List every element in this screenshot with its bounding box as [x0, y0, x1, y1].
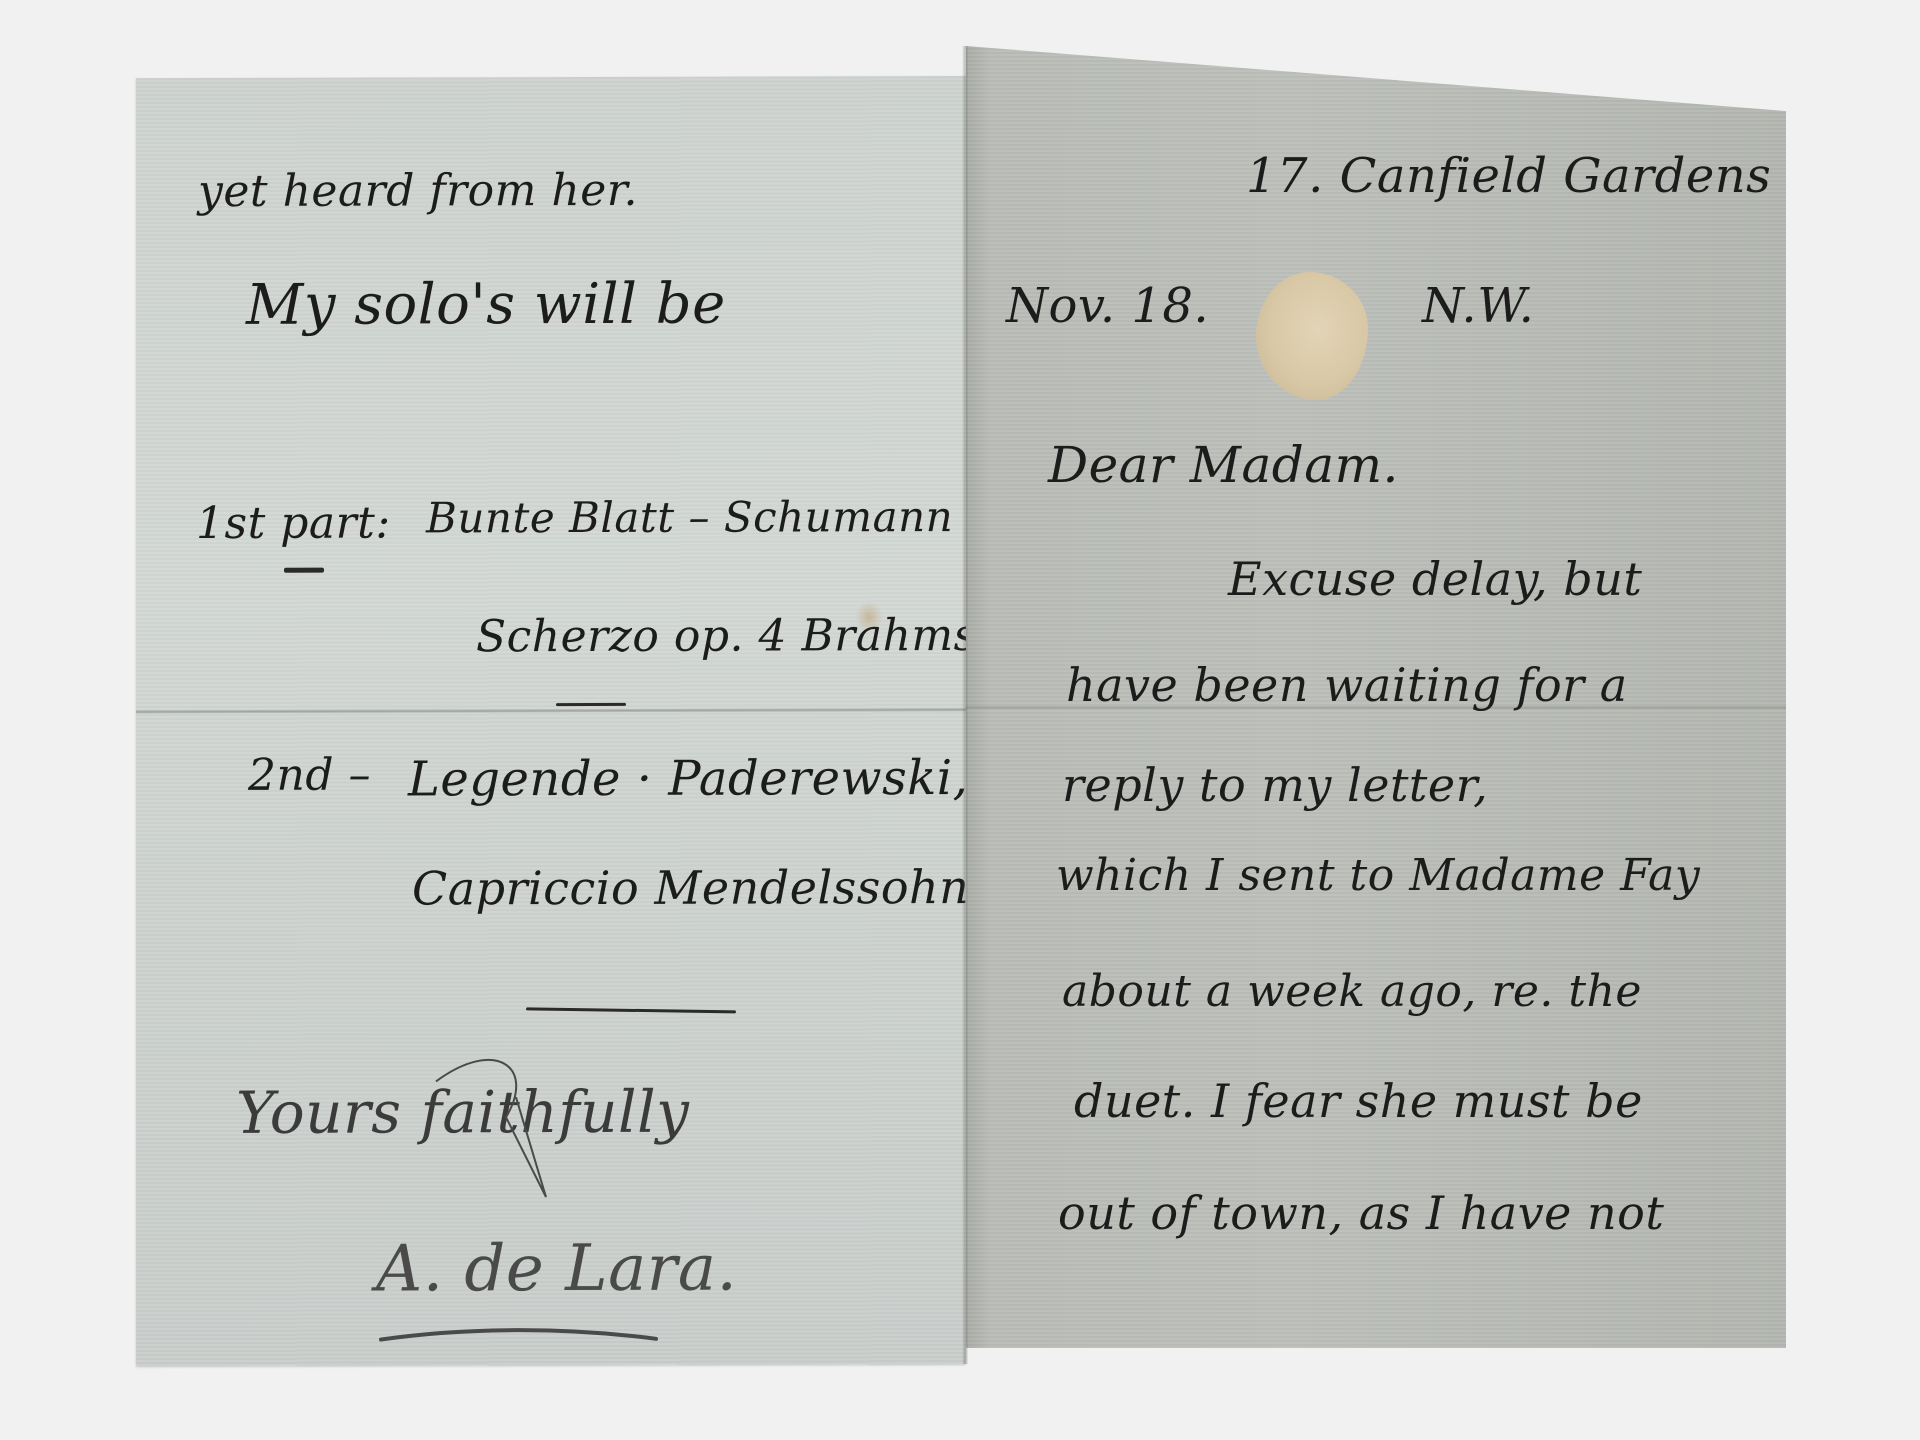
second-part-item-mendelssohn: Capriccio Mendelssohn [412, 864, 966, 911]
body-line-7: out of town, as I have not [1058, 1190, 1664, 1236]
salutation: Dear Madam. [1048, 440, 1399, 490]
body-line-1: Excuse delay, but [1228, 556, 1642, 602]
body-line-3: reply to my letter, [1062, 762, 1488, 808]
second-part-item-paderewski: Legende · Paderewski, [408, 754, 966, 803]
first-part-item-schumann: Bunte Blatt – Schumann [426, 496, 953, 539]
body-line-4: which I sent to Madame Fay [1056, 854, 1700, 898]
body-line-5: about a week ago, re. the [1062, 970, 1642, 1014]
wax-seal-stain [1256, 272, 1368, 400]
signature: A. de Lara. [376, 1237, 737, 1302]
body-line-6: duet. I fear she must be [1074, 1078, 1643, 1124]
letter-date: Nov. 18. [1006, 282, 1209, 330]
address-line-district: N.W. [1422, 282, 1534, 330]
signature-flourish-icon [136, 76, 966, 1366]
second-part-label: 2nd – [248, 754, 371, 798]
section-divider-short [556, 703, 626, 706]
photo-stage: yet heard from her. My solo's will be 1s… [0, 0, 1920, 1440]
address-line-street: 17. Canfield Gardens [1246, 152, 1771, 200]
center-fold-crease [962, 46, 968, 1364]
first-part-underline [284, 568, 324, 573]
first-part-label: 1st part: [196, 502, 391, 547]
body-line-2: have been waiting for a [1066, 662, 1628, 708]
horizontal-fold-crease [136, 708, 966, 714]
closing-line: Yours faithfully [236, 1083, 689, 1142]
section-divider-long [526, 1007, 736, 1013]
continuation-line: yet heard from her. [198, 169, 638, 214]
solos-intro-line: My solo's will be [246, 277, 726, 334]
letter-left-page: yet heard from her. My solo's will be 1s… [136, 76, 966, 1366]
first-part-item-brahms: Scherzo op. 4 Brahms [476, 614, 966, 659]
letter-right-page: 17. Canfield Gardens Nov. 18. N.W. Dear … [966, 46, 1786, 1348]
